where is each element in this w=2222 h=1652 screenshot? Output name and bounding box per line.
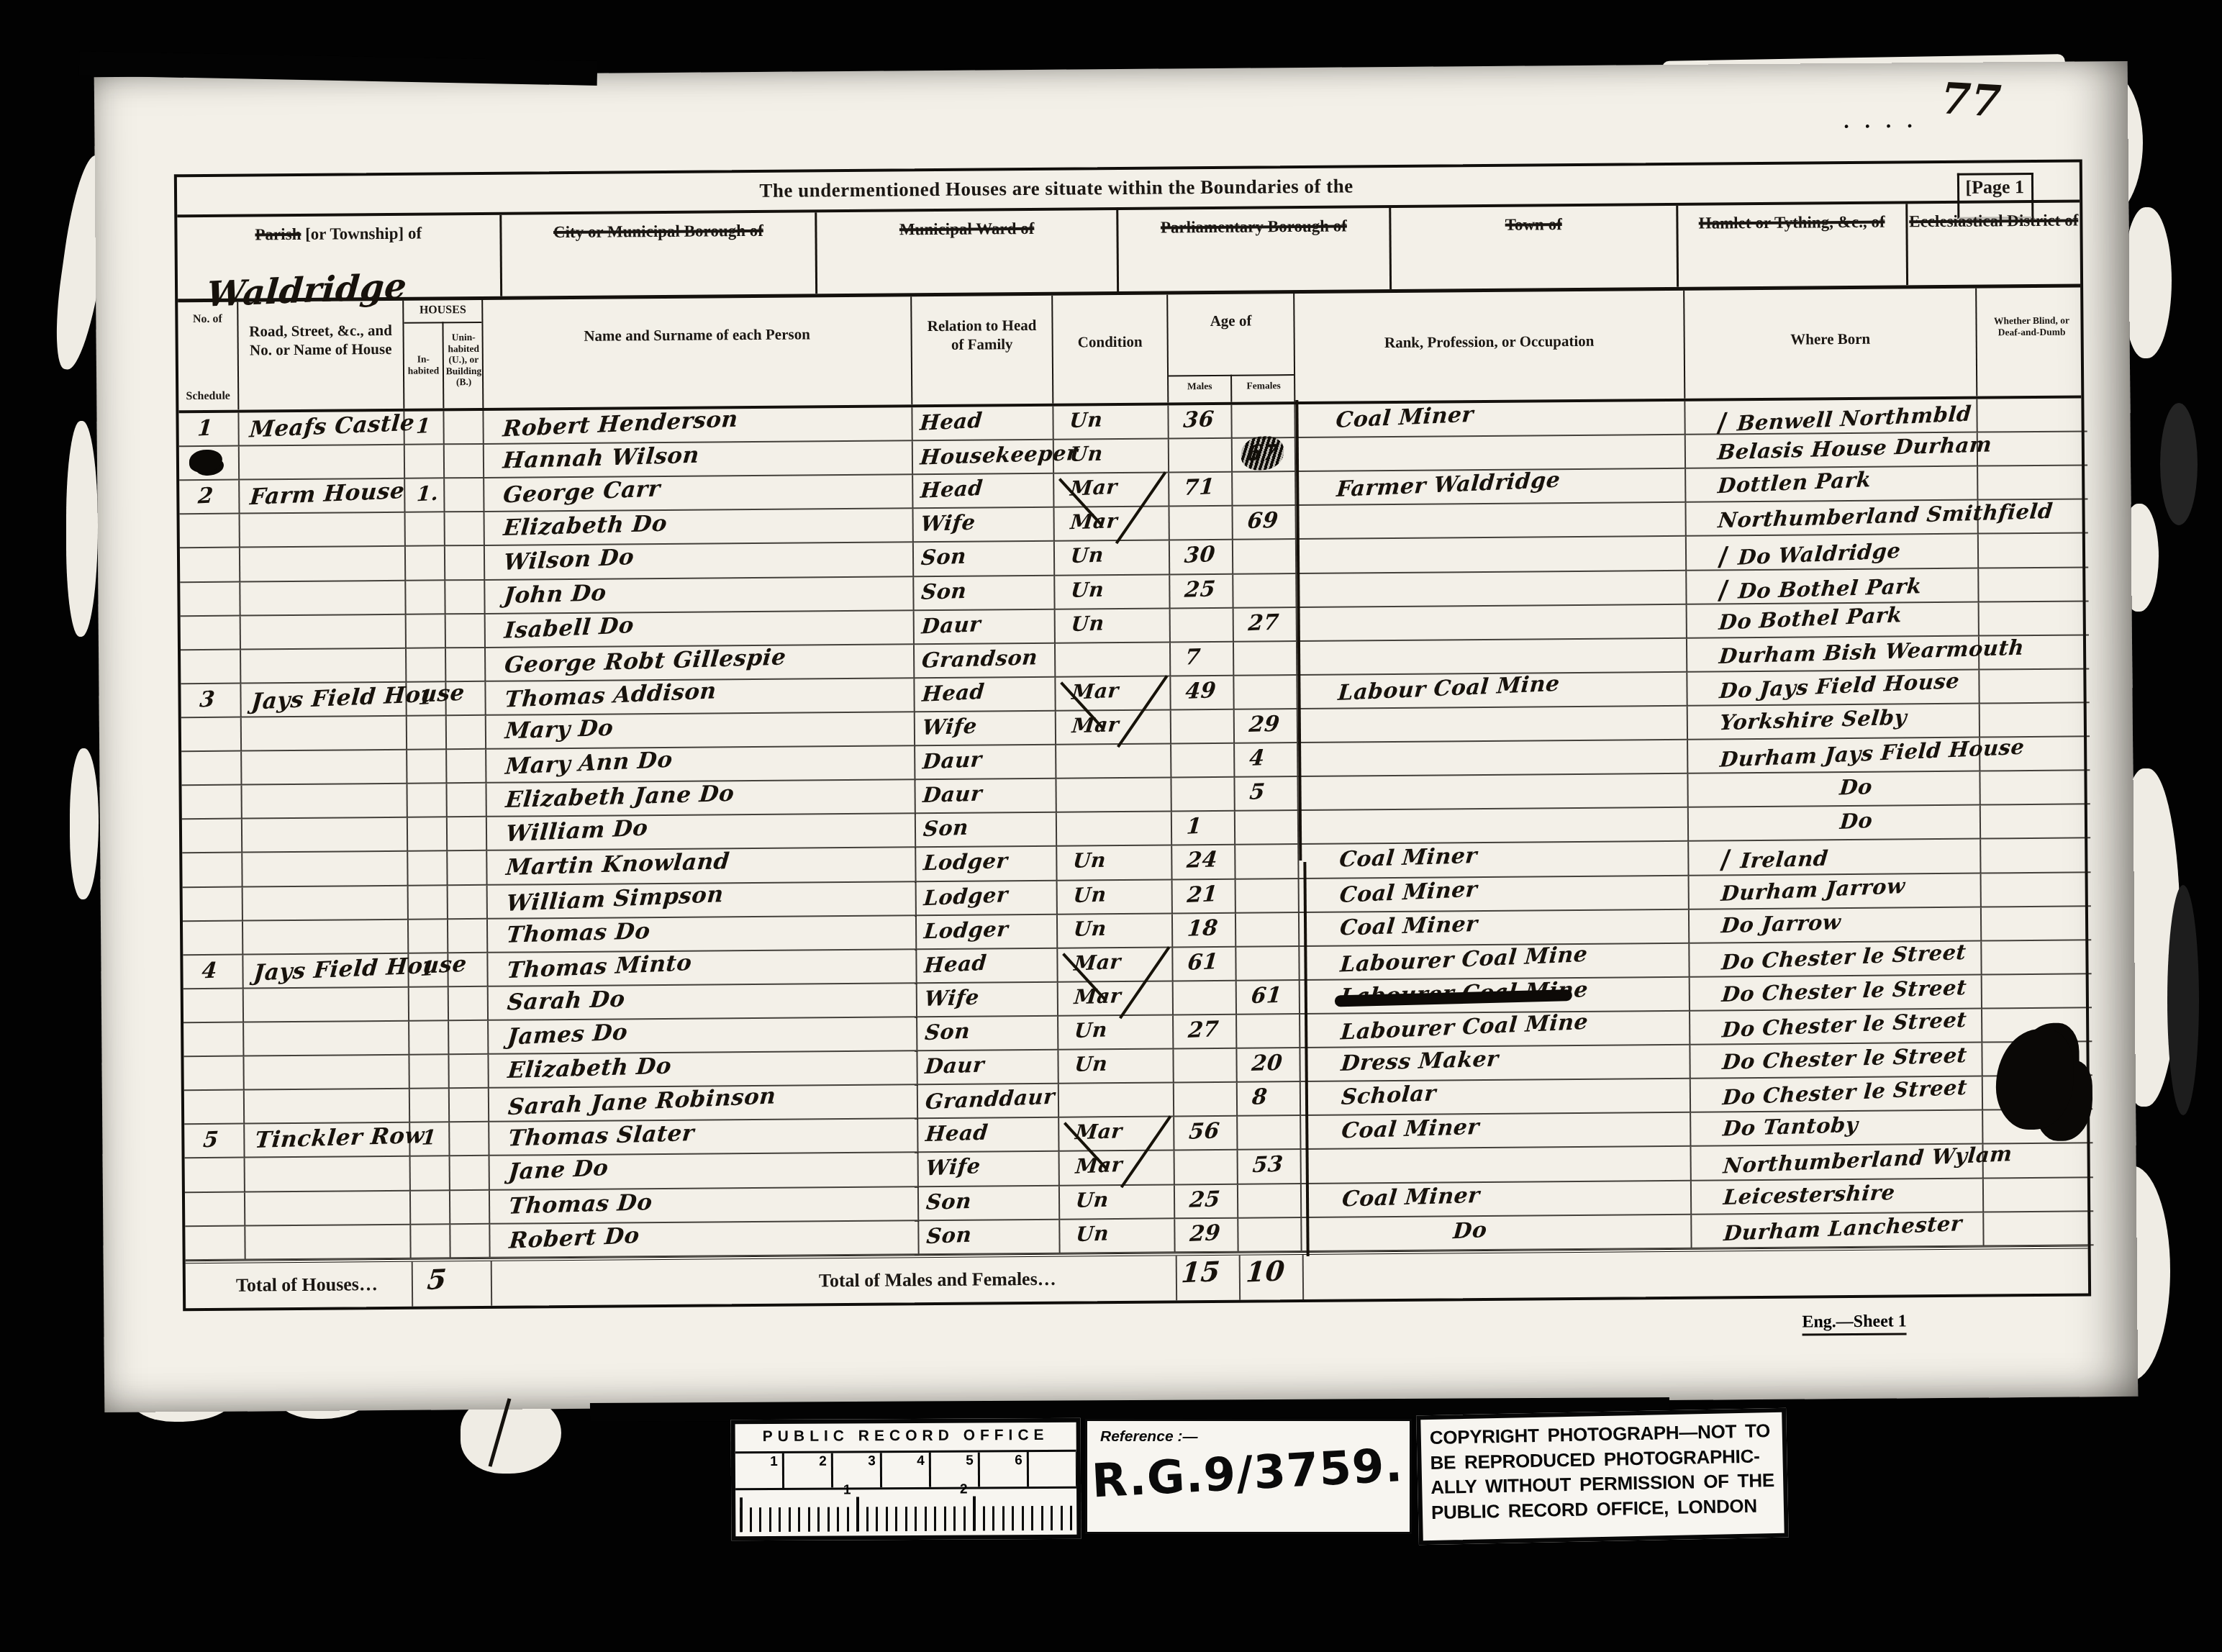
cell-name: Thomas Slater [489,1119,918,1156]
cell-age-m [1169,507,1233,541]
cell-uninh [447,784,486,818]
cell-schedule [183,989,244,1023]
name-value: George Carr [502,476,661,508]
name-value: John Do [503,580,608,609]
district-field: Municipal Ward of [817,210,1120,294]
cell-blind [1981,805,2090,840]
born-value: Do [1839,808,1874,834]
cell-schedule [185,1158,245,1193]
relation-value: Wife [925,1154,981,1181]
total-houses-label: Total of Houses… [236,1274,378,1297]
cell-occupation [1296,435,1686,472]
cell-born: Do [1688,772,1980,808]
cell-relation: Son [914,542,1055,577]
column-header-band: No. of Schedule Road, Street, &c., and N… [178,287,2081,413]
occupation-value: Coal Miner [1341,1183,1481,1212]
cell-born: Do [1689,806,1981,842]
district-field-label: Ecclesiastical District of [1908,211,2080,231]
cell-condition: Mar [1058,948,1173,982]
name-value: William Simpson [505,881,724,916]
cell-occupation: Farmer Waldridge [1296,469,1686,506]
cell-schedule [182,853,242,888]
cell-blind [1977,398,2087,432]
cell-age-m [1171,744,1235,779]
cell-born: ∕Ireland [1689,840,1981,876]
cell-name: Jane Do [490,1153,919,1191]
born-value: Durham Jays Field House [1719,735,2026,772]
cell-road [245,1191,411,1226]
cell-condition: Un [1058,1049,1174,1084]
cell-name: William Simpson [488,882,917,920]
check-mark: ∕ [1716,407,1728,438]
relation-value: Wife [921,714,978,740]
cell-condition: Un [1054,440,1169,474]
cell-blind [1978,466,2087,501]
relation-value: Head [919,408,984,435]
schedule-value: 5 [202,1127,220,1153]
cell-relation: Son [916,813,1057,848]
name-value: Elizabeth Do [507,1053,673,1084]
relation-value: Son [922,815,970,842]
name-value: Wilson Do [503,544,635,576]
cell-uninh [450,1190,490,1225]
cell-occupation: Do [1302,1215,1692,1251]
relation-value: Granddaur [925,1084,1056,1115]
name-value: Thomas Do [505,918,651,948]
cell-age-m: 27 [1174,1015,1237,1050]
cell-uninh [450,1156,490,1191]
cell-road [242,818,408,853]
cell-occupation [1298,740,1688,777]
age-m-value: 7 [1184,645,1202,671]
age-m-value: 25 [1188,1186,1221,1212]
cell-road [241,614,407,650]
cell-relation: Son [919,1186,1060,1221]
age-m-value: 61 [1187,949,1220,976]
paper-tear [70,748,99,899]
age-m-value: 21 [1186,881,1219,908]
name-value: Thomas Minto [506,950,693,984]
name-value: Robert Do [508,1222,640,1254]
cell-uninh [450,1089,489,1123]
cell-blind [1984,1178,2093,1212]
cell-condition: Un [1060,1185,1175,1220]
cell-schedule [180,548,240,583]
cell-condition: Mar [1056,710,1171,745]
name-value: William Do [505,815,649,848]
cell-relation: Son [914,576,1055,611]
cell-condition: Un [1056,609,1171,643]
cell-occupation: Dress Maker [1300,1045,1690,1082]
cell-inh [409,886,448,920]
cell-inh [411,1157,450,1192]
cell-road [242,717,407,752]
cell-occupation [1298,774,1688,811]
district-field: City or Municipal Borough of [502,212,818,296]
cell-condition: Mar [1056,676,1171,711]
cm-scale-cell: 6 [980,1452,1029,1487]
occupation-value: Labourer Coal Mine [1340,1009,1590,1045]
cell-schedule [185,1192,245,1227]
cell-uninh [449,1055,489,1089]
cell-condition: Un [1060,1219,1175,1253]
age-m-value: 49 [1184,678,1217,704]
cell-name: Robert Do [490,1221,919,1258]
cell-road [245,1225,411,1260]
cell-schedule [182,820,242,854]
occupation-value: Coal Miner [1338,843,1479,873]
cell-road [243,920,409,955]
cell-name: Sarah Jane Robinson [489,1085,918,1122]
cell-uninh [450,1224,490,1258]
cell-age-f: 5 [1235,777,1298,812]
cell-road [241,649,407,684]
cell-occupation: Coal Miner [1300,876,1690,912]
name-value: Isabell Do [503,612,635,644]
cell-age-m [1174,1083,1238,1117]
occupation-value: Labourer Coal Mine [1339,942,1589,978]
cell-relation: Head [915,678,1056,713]
cell-blind [1980,703,2090,737]
cell-blind [1979,568,2088,602]
cell-schedule [183,887,243,922]
cm-scale-cell [1029,1452,1078,1487]
cell-condition: Un [1055,575,1170,609]
col-header-condition: Condition [1053,294,1169,403]
cell-condition: Mar [1054,473,1169,508]
cell-born: Yorkshire Selby [1688,704,1980,740]
occupation-value: Labour Coal Mine [1337,671,1561,706]
condition-value: Un [1070,577,1105,602]
struck-age-value: 67 [1246,440,1279,466]
born-value: Do Chester le Street [1721,1007,1968,1043]
born-value: Yorkshire Selby [1718,705,1908,735]
age-m-value: 27 [1187,1017,1220,1043]
schedule-value: 3 [199,686,216,712]
cell-age-m [1169,439,1233,473]
cell-condition: Un [1055,541,1170,576]
inh-value: 1 [417,685,434,709]
age-m-value: 24 [1186,848,1219,873]
cell-age-m: 21 [1173,879,1236,914]
cell-inh: 1. [405,479,445,514]
cell-age-m: 56 [1174,1117,1238,1151]
cell-age-f [1233,540,1297,574]
cell-blind [1981,839,2090,873]
cell-born: Do Chester le Street [1690,941,1982,977]
cell-occupation: Scholar [1301,1079,1691,1116]
condition-value: Mar [1069,509,1118,535]
cm-scale-cell: 4 [882,1453,931,1487]
col-header-blind: Whether Blind, or Deaf-and-Dumb [1977,287,2087,396]
cell-age-m: 1 [1172,812,1235,846]
cell-name: Thomas Do [488,916,917,953]
condition-value: Un [1074,1052,1109,1076]
cell-relation: Housekeeper [913,440,1054,476]
cell-blind [1983,1144,2092,1179]
cell-age-f: 67 [1233,438,1296,473]
cell-relation: Lodger [916,847,1057,882]
cell-occupation [1302,1147,1692,1184]
born-value: ∕Benwell Northmbld [1716,396,1973,437]
cell-age-f: 27 [1234,608,1297,643]
cell-name: Martin Knowland [487,848,916,886]
cell-age-f [1237,1015,1300,1049]
age-m-value: 36 [1182,407,1215,433]
name-value: Robert Henderson [502,406,739,442]
cell-road [240,547,406,582]
copyright-stamp: COPYRIGHT PHOTOGRAPH—NOT TOBE REPRODUCED… [1416,1408,1789,1546]
cell-age-f [1238,1184,1302,1219]
cell-occupation [1297,571,1687,607]
relation-value: Lodger [922,882,1009,910]
cell-schedule [181,718,242,753]
age-m-value: 71 [1183,474,1216,501]
district-field: Town of [1391,206,1679,289]
cell-born: Leicestershire [1692,1179,1984,1215]
cell-blind [1980,635,2089,670]
born-value: Do [1838,774,1874,799]
cell-age-f: 8 [1238,1082,1301,1117]
relation-value: Son [924,1018,971,1045]
cell-inh [409,1021,449,1056]
cell-born: Dottlen Park [1686,467,1978,503]
cell-uninh [449,1021,489,1056]
cell-occupation [1299,808,1689,845]
cell-uninh [446,614,486,649]
cell-age-m: 29 [1175,1218,1238,1253]
cell-name: Elizabeth Do [489,1051,917,1089]
cell-name: Isabell Do [486,611,915,648]
occupation-value: Do [1452,1217,1488,1244]
cell-occupation: Labourer Coal Mine [1300,1012,1690,1048]
census-form: The undermentioned Houses are situate wi… [174,159,2091,1311]
cell-age-m [1175,1150,1238,1185]
cell-condition: Un [1057,846,1172,881]
cell-condition: Mar [1058,981,1174,1016]
cell-age-m: 25 [1170,574,1233,609]
ruler-inch-2: 2 [960,1482,968,1498]
col-header-inhabited: In-habited [404,353,443,376]
occupation-value: Dress Maker [1340,1047,1500,1076]
cell-name: Elizabeth Jane Do [486,780,915,817]
age-f-value: 5 [1248,779,1266,805]
cell-schedule [183,1057,244,1091]
cell-schedule: 5 [184,1125,245,1159]
relation-value: Head [925,1120,989,1147]
cell-relation: Head [913,474,1054,509]
born-value: ∕Do Waldridge [1717,534,1902,572]
age-f-value: 61 [1250,983,1283,1009]
cell-occupation [1296,503,1686,540]
relation-value: Son [920,544,968,571]
condition-value: Un [1074,1017,1108,1043]
cm-scale-cell: 3 [833,1453,882,1487]
cell-inh [406,513,445,548]
age-f-value: 20 [1251,1050,1284,1076]
born-value: Leicestershire [1722,1179,1896,1209]
name-value: Sarah Jane Robinson [507,1083,777,1120]
cell-schedule [181,786,242,820]
cell-relation: Lodger [917,881,1058,916]
born-value: ∕Do Bothel Park [1717,569,1923,605]
cell-relation: Wife [919,1152,1060,1187]
table-body: 1Meafs Castle1Robert HendersonHeadUn36Co… [178,398,2093,1261]
cell-schedule: 1 [178,413,239,448]
pro-stamp-title: PUBLIC RECORD OFFICE [735,1427,1076,1445]
born-value: Do Chester le Street [1720,975,1967,1007]
born-value: Northumberland Wylam [1722,1142,2013,1179]
cell-relation: Lodger [917,914,1058,950]
cell-occupation: Coal Miner [1299,842,1689,879]
cell-uninh [448,920,488,954]
district-field: Ecclesiastical District of [1908,202,2080,285]
cell-road [244,1056,409,1091]
col-header-relation: Relation to Head of Family [912,296,1053,405]
condition-value: Un [1075,1187,1110,1212]
total-females-value: 10 [1245,1254,1286,1288]
relation-value: Daur [920,612,981,639]
cell-age-f [1233,574,1297,609]
occupation-value: Coal Miner [1335,402,1474,433]
total-males-value: 15 [1180,1255,1221,1289]
cell-schedule [184,1091,245,1125]
cell-name: Mary Do [486,712,915,750]
ink-blot [189,450,222,473]
cell-age-m: 7 [1171,642,1234,676]
born-value: Durham Lanchester [1723,1211,1963,1245]
cell-road [240,513,406,548]
cell-uninh [445,546,485,581]
relation-value: Head [923,950,988,978]
cell-uninh [445,512,485,547]
ruler-inch-1: 1 [843,1482,851,1498]
cell-age-f [1234,642,1297,676]
col-header-born: Where Born [1684,289,1977,399]
age-m-value: 18 [1186,915,1219,941]
district-field: Parish [or Township] ofWaldridge [177,215,502,299]
cell-occupation [1297,639,1687,676]
cell-name: George Carr [484,475,913,512]
condition-value: Un [1069,442,1104,466]
cell-age-f: 29 [1235,709,1298,744]
cell-condition [1056,643,1171,677]
condition-value: Mar [1071,712,1120,737]
cell-uninh [449,987,489,1022]
cell-name: Thomas Do [490,1187,919,1225]
age-m-value: 29 [1189,1220,1222,1247]
cell-age-f [1232,404,1295,439]
age-f-value: 53 [1251,1152,1284,1179]
cell-born: Do Bothel Park [1687,602,1980,638]
cell-occupation: Labourer Coal Mine [1300,978,1690,1015]
census-scan-scene: 77 ···· The undermentioned Houses are si… [0,0,2222,1652]
cell-age-f [1235,845,1299,879]
condition-value: Un [1075,1221,1110,1246]
cell-name: Mary Ann Do [486,746,915,784]
cell-born: Durham Jays Field House [1688,738,1980,774]
cell-born: Northumberland Wylam [1692,1145,1984,1181]
born-value: Do Tantoby [1722,1112,1859,1141]
cell-condition: Un [1053,405,1169,440]
cell-inh: 1 [407,682,446,717]
cell-inh [409,920,448,954]
cell-road [240,445,405,481]
cell-schedule [185,1226,245,1261]
paper-tear [66,421,98,637]
col-header-schedule: No. of Schedule [178,302,239,411]
cell-schedule [181,616,241,650]
schedule-value: 2 [197,484,214,509]
cell-occupation [1297,604,1687,641]
cell-age-m: 36 [1169,405,1232,440]
name-value: Thomas Do [507,1189,653,1219]
condition-value: Mar [1074,1153,1123,1179]
cell-inh [409,987,449,1022]
cm-scale-cell: 5 [931,1452,980,1487]
col-header-uninhabited: Unin-habited (U.), or Building (B.) [444,332,484,388]
cell-condition: Un [1058,880,1173,914]
cell-occupation [1297,537,1687,573]
name-value: Elizabeth Jane Do [504,781,735,813]
cell-age-f [1236,879,1300,914]
col-header-age: Age of Males Females [1168,294,1295,402]
cell-blind [1982,974,2092,1009]
schedule-value: 1 [196,415,214,441]
cell-age-f: 61 [1237,981,1300,1015]
cell-age-m: 61 [1173,947,1236,981]
born-value: Do Chester le Street [1722,1075,1969,1110]
schedule-value: 4 [201,958,218,984]
cell-road [242,784,407,820]
occupation-value: Coal Miner [1338,912,1479,941]
born-value: ∕Ireland [1719,842,1830,875]
cell-name: Wilson Do [485,543,914,581]
name-value: George Robt Gillespie [504,644,788,678]
public-record-office-stamp: PUBLIC RECORD OFFICE 123456 1 2 [731,1418,1081,1541]
cell-relation: Head [917,948,1058,984]
scan-smudge [2160,403,2198,525]
cell-name: George Robt Gillespie [486,645,915,682]
district-field-label: City or Municipal Borough of [502,221,815,242]
cell-age-f [1233,472,1296,507]
district-band: Parish [or Township] ofWaldridgeCity or … [177,202,2080,302]
name-value: Elizabeth Do [502,511,668,542]
district-field-label: Parish [or Township] of [177,224,499,245]
cell-age-m: 30 [1170,540,1233,575]
cell-age-m [1171,608,1234,643]
cell-uninh [446,648,486,683]
cell-age-m: 25 [1175,1184,1238,1219]
cell-born: Durham Lanchester [1692,1212,1984,1248]
name-value: Jane Do [507,1155,609,1185]
cell-road [244,1022,409,1057]
cell-age-m [1174,1049,1237,1084]
cell-blind [1978,432,2087,466]
inh-value: 1 [421,1125,437,1150]
cell-name: Thomas Addison [486,678,915,716]
name-value: James Do [507,1019,629,1050]
cell-inh [407,784,447,819]
occupation-value: Farmer Waldridge [1336,468,1561,502]
cell-born: Do Jarrow [1690,907,1982,943]
reference-value-handwritten: R.G.9/3759. [1090,1438,1410,1508]
cell-uninh [448,817,487,852]
folio-number-handwritten: 77 [1939,73,2003,127]
cm-scale-cell: 2 [784,1453,833,1488]
cell-relation: Wife [914,508,1055,543]
relation-value: Grandson [921,645,1039,673]
